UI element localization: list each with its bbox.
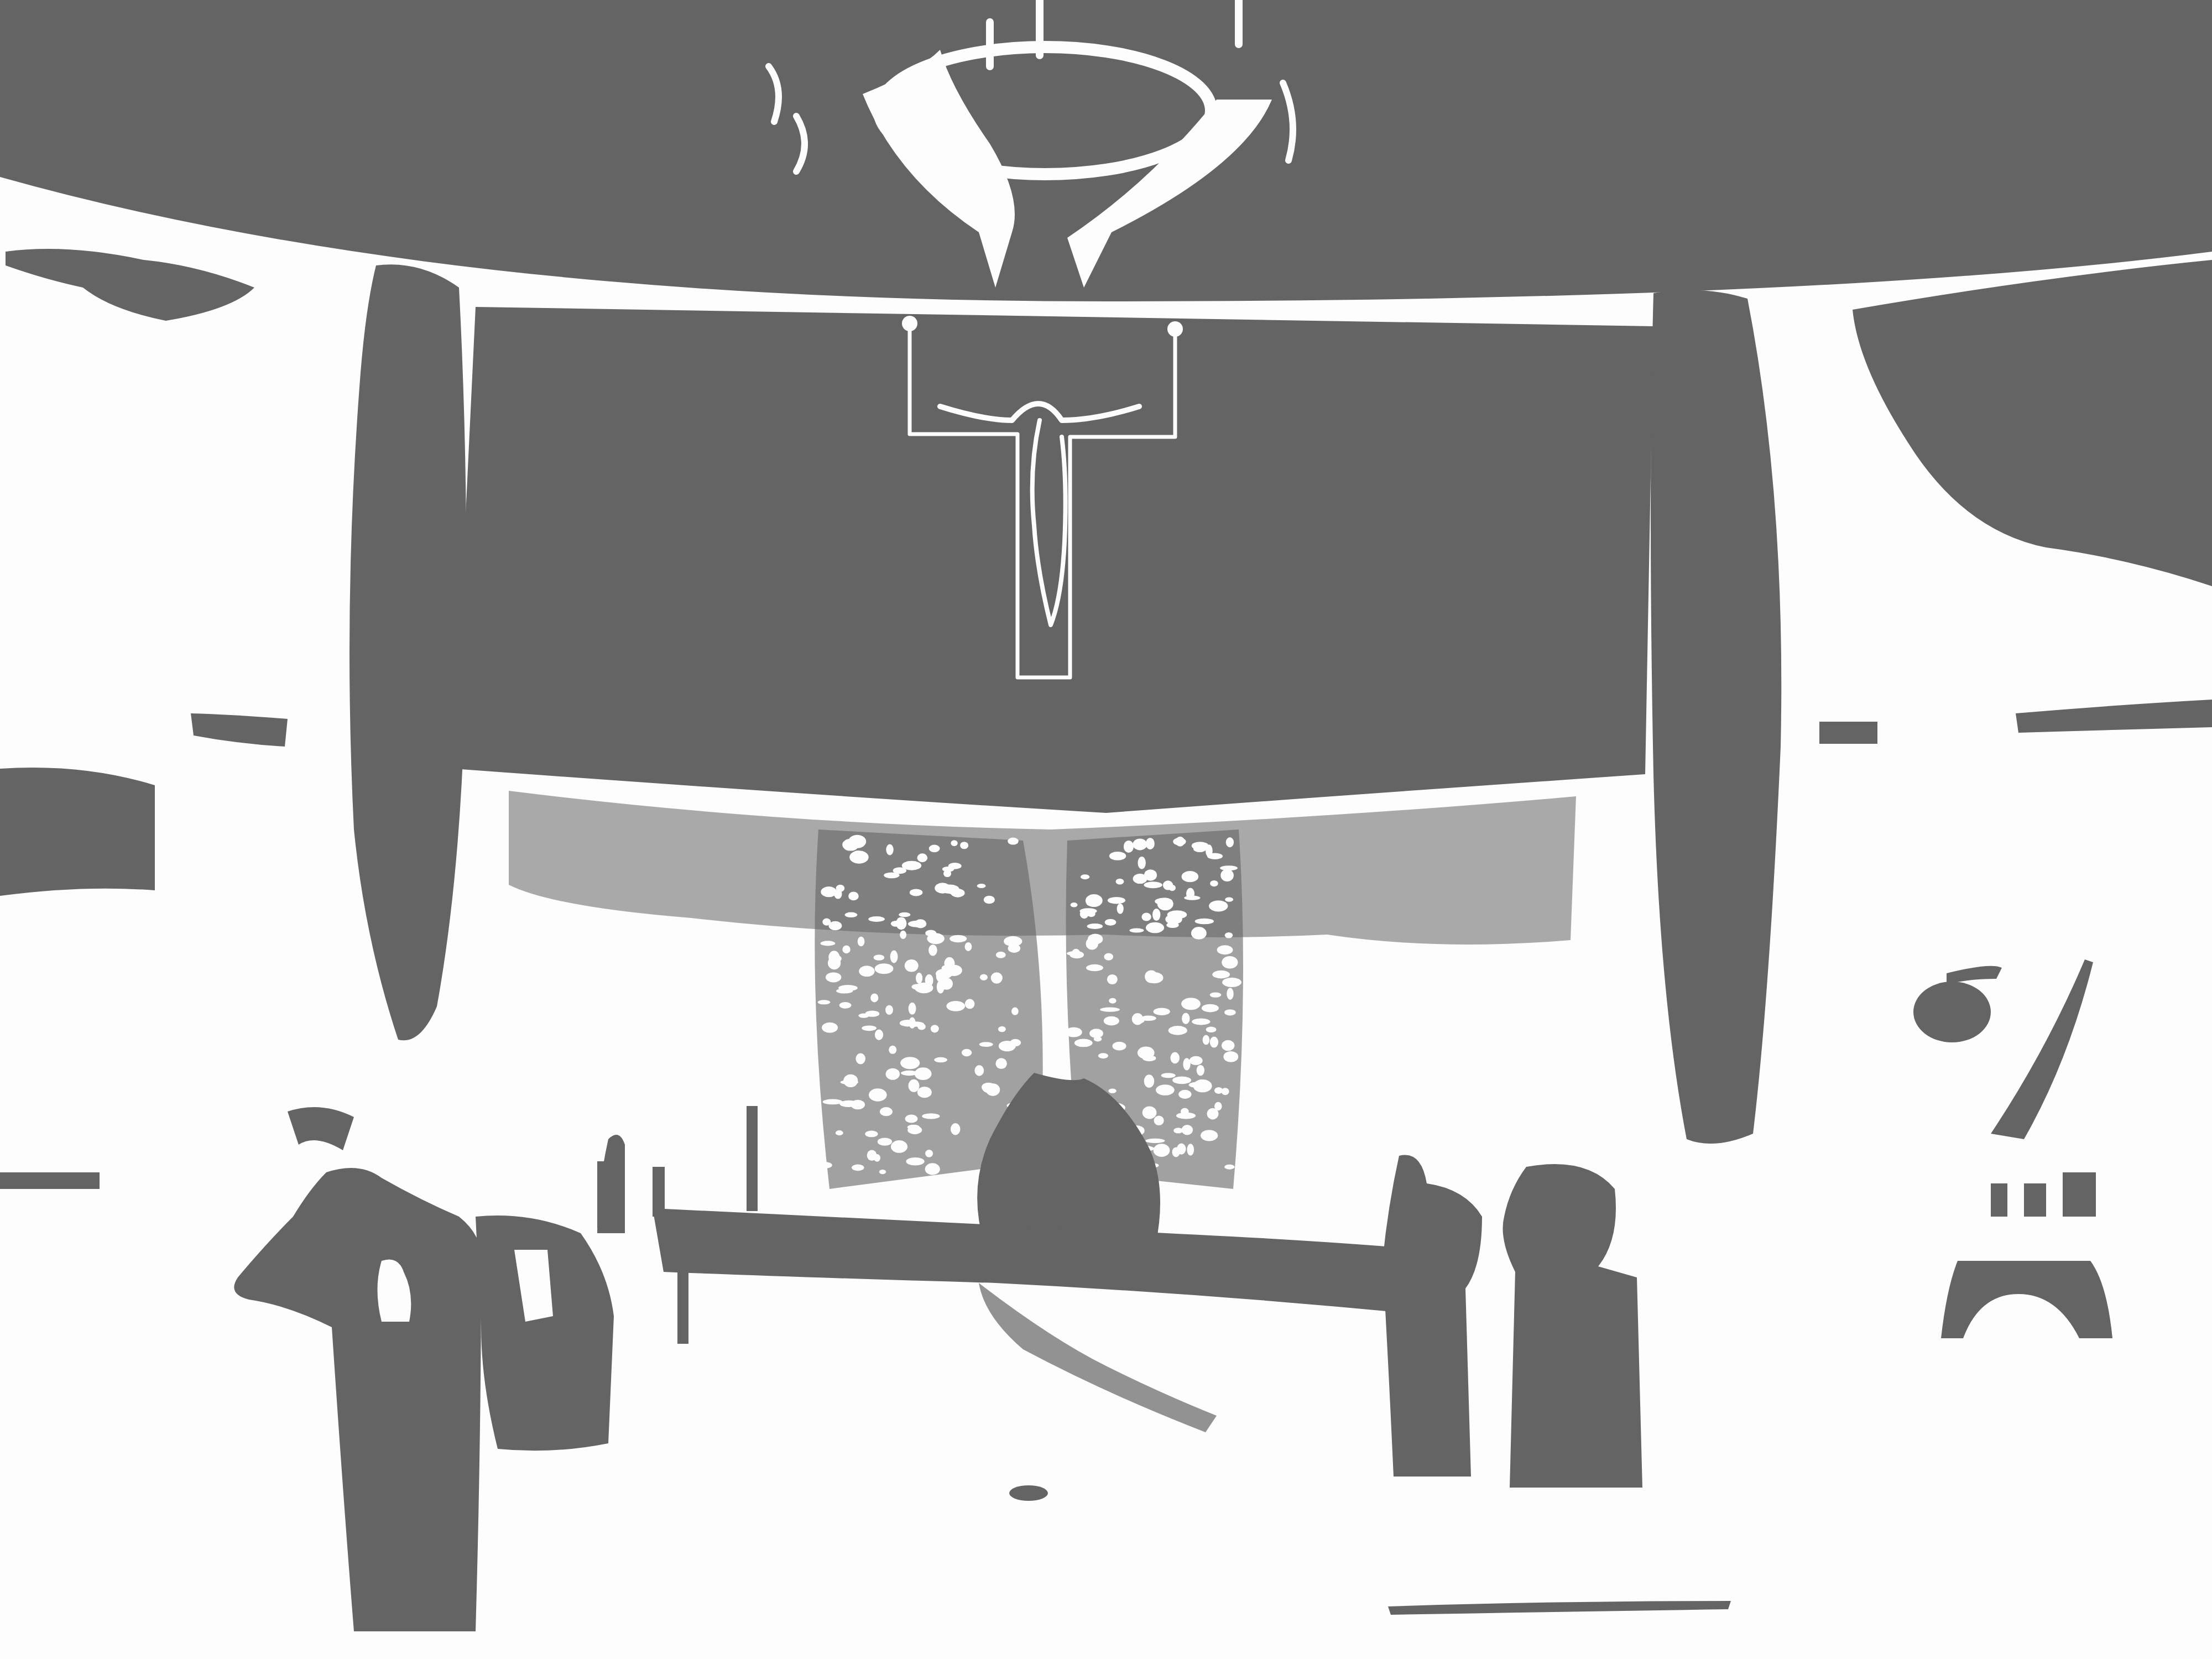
reredos-panel [453, 307, 1653, 813]
church-interior-scene [0, 0, 2212, 1659]
right-pillar [1651, 290, 1781, 1144]
